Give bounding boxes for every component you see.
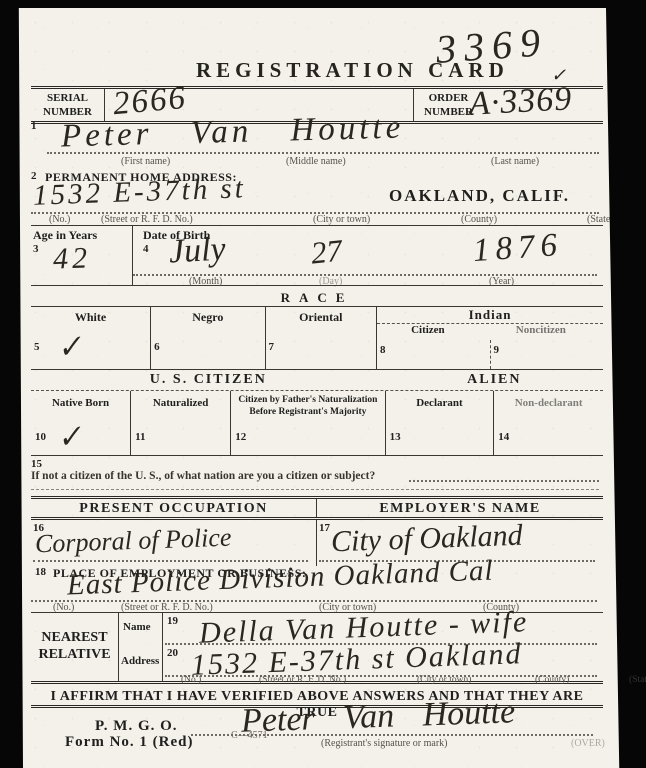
race-white-checkmark: ✓ — [55, 331, 84, 364]
employer-value: City of Oakland — [331, 521, 524, 558]
citizenship-section-headers: U. S. CITIZEN ALIEN — [31, 372, 603, 390]
relative-row-labels: Name Address — [119, 613, 163, 681]
present-occupation-header: PRESENT OCCUPATION — [31, 499, 317, 517]
relative-content: 19 Della Van Houtte - wife 20 1532 E-37t… — [163, 613, 603, 681]
native-born-label: Native Born — [31, 391, 130, 427]
stamp-number-handwritten: 3369 — [435, 22, 550, 70]
race-negro-label: Negro — [151, 307, 264, 324]
declarant-number: 13 — [390, 431, 401, 443]
street-address-value: 1532 E-37th st — [33, 174, 247, 210]
address-street-label: (Street or R. F. D. No.) — [101, 214, 193, 225]
order-number-value: A·3369 — [468, 82, 573, 121]
city-state-value: OAKLAND, CALIF. — [389, 186, 570, 206]
signature-caption: (Registrant's signature or mark) — [321, 738, 448, 749]
indian-citizen-cell: 8 — [377, 340, 490, 369]
last-name-label: (Last name) — [491, 156, 539, 167]
citizen-col-naturalized: Naturalized 11 — [131, 391, 231, 455]
occupation-row: 16 Corporal of Police 17 City of Oakland — [31, 520, 603, 566]
order-number-cell: A·3369 — [483, 89, 603, 121]
race-white-number: 5 — [34, 341, 40, 353]
signature-underline — [191, 734, 593, 736]
form-number-label: Form No. 1 (Red) — [65, 734, 193, 751]
non-declarant-number: 14 — [498, 431, 509, 443]
alien-col-declarant: Declarant 13 — [386, 391, 495, 455]
declarant-label: Declarant — [386, 391, 494, 427]
relative-no-label: (No.) — [181, 675, 201, 685]
nearest-relative-section: NEAREST RELATIVE Name Address 19 Della V… — [31, 612, 603, 684]
race-col-oriental: Oriental 7 — [266, 307, 378, 369]
citizen-col-native-born: Native Born 10 ✓ — [31, 391, 131, 455]
name-underline — [47, 152, 599, 154]
occupation-section-headers: PRESENT OCCUPATION EMPLOYER'S NAME — [31, 496, 603, 520]
occupation-value: Corporal of Police — [35, 525, 232, 558]
indian-citizen-label: Citizen — [377, 324, 479, 340]
indian-noncitizen-number: 9 — [494, 344, 500, 356]
address-county-label: (County) — [461, 214, 497, 225]
indian-noncitizen-label: Noncitizen — [479, 324, 603, 340]
employment-place-number: 18 — [35, 566, 46, 578]
occupation-cell: 16 Corporal of Police — [31, 520, 317, 566]
relative-address-number: 20 — [167, 647, 178, 659]
race-indian-label: Indian — [377, 307, 603, 324]
race-col-negro: Negro 6 — [151, 307, 265, 369]
relative-address-underline — [165, 675, 597, 677]
native-born-number: 10 — [35, 431, 46, 443]
race-negro-number: 6 — [154, 341, 160, 353]
dob-cell: Date of Birth 4 July 27 1876 (Month) (Da… — [133, 226, 603, 285]
dob-day-value: 27 — [309, 234, 343, 268]
title-band: REGISTRATION CARD 3369 ✓ — [31, 32, 603, 86]
home-address-row: 2 PERMANENT HOME ADDRESS: 1532 E-37th st… — [31, 170, 603, 226]
age-value: 42 — [52, 243, 91, 274]
age-dob-row: Age in Years 3 42 Date of Birth 4 July 2… — [31, 226, 603, 286]
citizen-col-fathers-naturalization: Citizen by Father's Naturalization Befor… — [231, 391, 385, 455]
name-row: 1 Peter Van Houtte (First name) (Middle … — [31, 124, 603, 170]
race-col-white: White 5 ✓ — [31, 307, 151, 369]
age-cell: Age in Years 3 42 — [31, 226, 133, 285]
relative-name-number: 19 — [167, 615, 178, 627]
naturalized-number: 11 — [135, 431, 145, 443]
relative-county-label: (County) — [535, 675, 569, 685]
employers-name-header: EMPLOYER'S NAME — [317, 499, 603, 517]
name-row-number: 1 — [31, 120, 37, 132]
pmgo-label: P. M. G. O. — [95, 718, 178, 735]
fathers-naturalization-label: Citizen by Father's Naturalization Befor… — [231, 391, 384, 427]
dob-row-number: 4 — [143, 243, 149, 255]
first-name-label: (First name) — [121, 156, 170, 167]
race-col-indian: Indian Citizen Noncitizen 8 9 — [377, 307, 603, 369]
signature-area: P. M. G. O. Form No. 1 (Red) C—4571 Pete… — [31, 708, 603, 766]
race-indian-cells: 8 9 — [377, 340, 603, 369]
relative-city-label: (City or town) — [417, 675, 471, 685]
naturalized-label: Naturalized — [131, 391, 230, 427]
alien-title: ALIEN — [386, 372, 603, 390]
question-15-answer-line — [409, 480, 599, 482]
year-label: (Year) — [489, 276, 514, 287]
indian-noncitizen-cell: 9 — [491, 340, 603, 369]
race-indian-subheaders: Citizen Noncitizen — [377, 324, 603, 340]
race-white-label: White — [31, 307, 150, 324]
nearest-relative-title: NEAREST RELATIVE — [31, 613, 119, 681]
citizenship-table: Native Born 10 ✓ Naturalized 11 Citizen … — [31, 390, 603, 456]
us-citizen-title: U. S. CITIZEN — [31, 372, 386, 390]
address-city-label: (City or town) — [313, 214, 370, 225]
scan-edge-left — [17, 8, 23, 768]
question-15-rule — [31, 489, 599, 490]
dob-month-value: July — [168, 233, 226, 270]
question-15-number: 15 — [31, 458, 42, 470]
relative-street-label: (Street or R. F. D. No.) — [259, 675, 346, 685]
alien-col-non-declarant: Non-declarant 14 — [494, 391, 603, 455]
non-declarant-label: Non-declarant — [494, 391, 603, 427]
question-15-text: If not a citizen of the U. S., of what n… — [31, 470, 375, 482]
race-table: White 5 ✓ Negro 6 Oriental 7 Indian Citi… — [31, 306, 603, 370]
scan-edge-right — [606, 8, 623, 768]
employer-number: 17 — [319, 522, 330, 534]
indian-citizen-number: 8 — [380, 344, 386, 356]
scanned-registration-card: REGISTRATION CARD 3369 ✓ SERIAL NUMBER 2… — [0, 0, 646, 768]
day-label: (Day) — [319, 276, 342, 287]
relative-address-label: Address — [121, 655, 159, 667]
middle-name-label: (Middle name) — [286, 156, 346, 167]
registrant-name-value: Peter Van Houtte — [61, 112, 405, 154]
serial-number-label: SERIAL NUMBER — [31, 89, 105, 121]
native-born-checkmark: ✓ — [55, 421, 84, 454]
registrant-signature: Peter Van Houtte — [240, 695, 515, 739]
relative-name-label: Name — [123, 621, 151, 633]
month-label: (Month) — [189, 276, 222, 287]
race-oriental-label: Oriental — [266, 307, 377, 324]
address-no-label: (No.) — [49, 214, 70, 225]
over-label: (OVER) — [571, 738, 605, 749]
race-oriental-number: 7 — [269, 341, 275, 353]
dob-year-value: 1876 — [472, 229, 564, 268]
race-section-title: RACE — [31, 290, 603, 304]
fathers-naturalization-number: 12 — [235, 431, 246, 443]
age-row-number: 3 — [33, 243, 39, 255]
relative-state-label: (State) — [629, 675, 646, 685]
question-15-row: 15 If not a citizen of the U. S., of wha… — [31, 458, 603, 494]
card-paper: REGISTRATION CARD 3369 ✓ SERIAL NUMBER 2… — [17, 8, 623, 768]
